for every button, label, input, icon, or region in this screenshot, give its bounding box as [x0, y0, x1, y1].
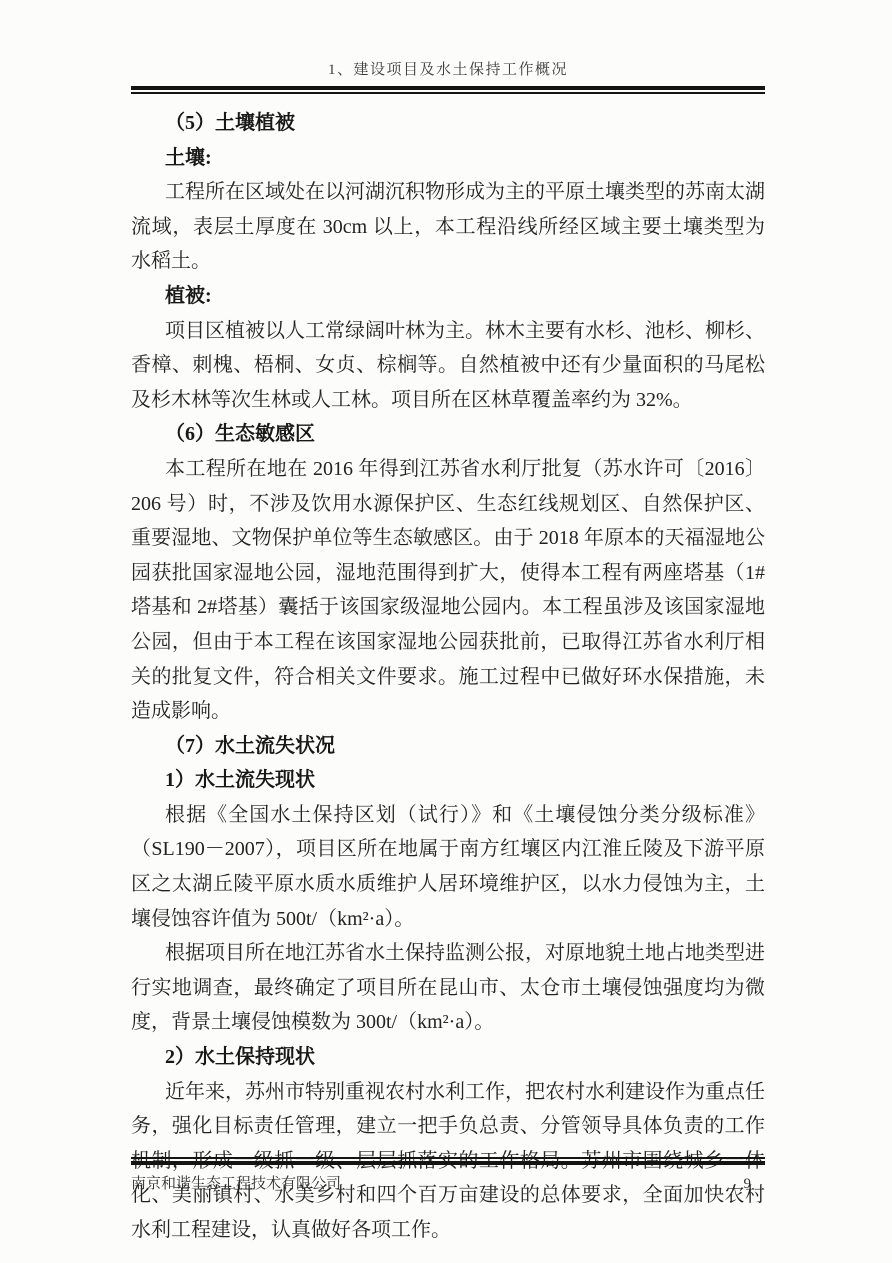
- chapter-header-title: 1、建设项目及水土保持工作概况: [131, 58, 765, 79]
- paragraph: 项目区植被以人工常绿阔叶林为主。林木主要有水杉、池杉、柳杉、香樟、刺槐、梧桐、女…: [131, 314, 765, 418]
- paragraph: 根据项目所在地江苏省水土保持监测公报，对原地貌土地占地类型进行实地调查，最终确定…: [131, 936, 765, 1040]
- section-heading: （7）水土流失状况: [131, 729, 765, 764]
- header-double-rule: [131, 86, 765, 94]
- paragraph: 根据《全国水土保持区划（试行）》和《土壤侵蚀分类分级标准》（SL190－2007…: [131, 798, 765, 936]
- section-heading: （5）土壤植被: [131, 106, 765, 141]
- page-header: 1、建设项目及水土保持工作概况: [131, 58, 765, 94]
- page-footer: 南京和谐生态工程技术有限公司 9: [131, 1172, 765, 1193]
- section-subheading: 2）水土保持现状: [131, 1040, 765, 1075]
- header-rule-thick: [131, 86, 765, 90]
- footer-page-number: 9: [744, 1176, 766, 1193]
- section-subheading: 植被:: [131, 279, 765, 314]
- paragraph: 本工程所在地在 2016 年得到江苏省水利厅批复（苏水许可〔2016〕206 号…: [131, 452, 765, 729]
- paragraph: 工程所在区域处在以河湖沉积物形成为主的平原土壤类型的苏南太湖流域，表层土厚度在 …: [131, 175, 765, 279]
- document-body: （5）土壤植被土壤:工程所在区域处在以河湖沉积物形成为主的平原土壤类型的苏南太湖…: [131, 106, 765, 1248]
- section-subheading: 1）水土流失现状: [131, 763, 765, 798]
- footer-rule-thin: [131, 1157, 765, 1159]
- footer-double-rule: [131, 1157, 765, 1165]
- footer-company-name: 南京和谐生态工程技术有限公司: [131, 1172, 341, 1193]
- footer-rule-thick: [131, 1161, 765, 1165]
- section-subheading: 土壤:: [131, 141, 765, 176]
- header-rule-thin: [131, 92, 765, 94]
- section-heading: （6）生态敏感区: [131, 417, 765, 452]
- document-page: 1、建设项目及水土保持工作概况 （5）土壤植被土壤:工程所在区域处在以河湖沉积物…: [0, 0, 892, 1263]
